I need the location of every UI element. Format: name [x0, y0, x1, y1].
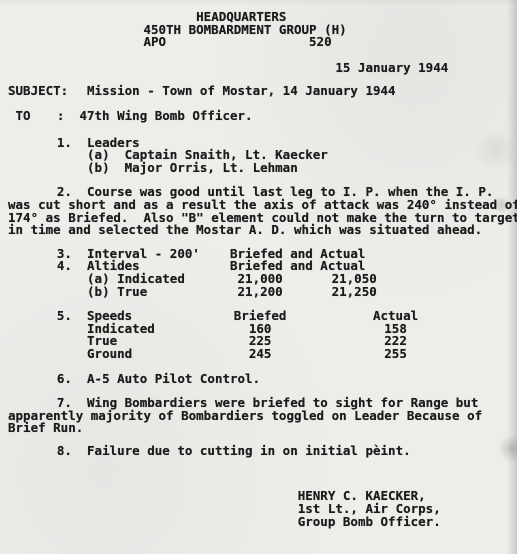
speed-row-ground: Ground 245 255 [8, 346, 517, 359]
item-2-line4-row: in time and selected the Mostar A. D. wh… [8, 222, 517, 235]
item-3-row: 3. Interval - 200' Briefed and Actual [8, 246, 517, 259]
to-label: TO [16, 108, 31, 123]
item-8-number: 8. [57, 443, 72, 458]
item-1-title-row: 1. Leaders [8, 135, 517, 148]
date-line: 15 January 1944 [8, 60, 517, 73]
memo-document: HEADQUARTERS 450TH BOMBARDMENT GROUP (H)… [0, 0, 517, 554]
signature-title-row: Group Bomb Officer. [8, 514, 517, 527]
item-7-line1-row: 7. Wing Bombardiers were briefed to sigh… [8, 395, 517, 408]
speed-ground-briefed: 245 [249, 346, 272, 361]
letterhead-line1: HEADQUARTERS [8, 9, 517, 22]
to-value: 47th Wing Bomb Officer. [79, 108, 252, 123]
altitude-true-actual: 21,250 [332, 284, 377, 299]
leaders-sub-a-row: (a) Captain Snaith, Lt. Kaecker [8, 147, 517, 160]
item-7-line3: Brief Run. [8, 420, 83, 435]
item-8-row: 8. Failure due to cutting in on initial … [8, 443, 517, 456]
subject-line: SUBJECT: Mission - Town of Mostar, 14 Ja… [8, 83, 517, 96]
speeds-header-row: 5. Speeds Briefed Actual [8, 308, 517, 321]
item-7-line3-row: Brief Run. [8, 420, 517, 433]
item-2-line3-row: 174° as Briefed. Also "B" element could … [8, 210, 517, 223]
to-colon: : [57, 108, 65, 123]
speed-ground-actual: 255 [384, 346, 407, 361]
apo-number: 520 [309, 34, 332, 49]
item-6-row: 6. A-5 Auto Pilot Control. [8, 371, 517, 384]
speed-row-true: True 225 222 [8, 333, 517, 346]
letterhead-line2: 450TH BOMBARDMENT GROUP (H) [8, 22, 517, 35]
item-7-line2-row: apparently majority of Bombardiers toggl… [8, 408, 517, 421]
leaders-sub-b: (b) Major Orris, Lt. Lehman [87, 160, 298, 175]
leaders-sub-b-row: (b) Major Orris, Lt. Lehman [8, 160, 517, 173]
signature-rank-row: 1st Lt., Air Corps, [8, 501, 517, 514]
subject-value: Mission - Town of Mostar, 14 January 194… [87, 83, 396, 98]
letterhead-apo-line: APO 520 [8, 34, 517, 47]
to-line: TO : 47th Wing Bomb Officer. [8, 108, 517, 121]
date-text: 15 January 1944 [335, 60, 448, 75]
signature-name-row: HENRY C. KAECKER, [8, 488, 517, 501]
item-4-header-row: 4. Altides Briefed and Actual [8, 258, 517, 271]
item-6-text: A-5 Auto Pilot Control. [87, 371, 260, 386]
speed-ground-label: Ground [87, 346, 132, 361]
item-6-number: 6. [57, 371, 72, 386]
altitude-row-true: (b) True 21,200 21,250 [8, 284, 517, 297]
altitude-row-indicated: (a) Indicated 21,000 21,050 [8, 271, 517, 284]
item-2-line2-row: was cut short and as a result the axis o… [8, 197, 517, 210]
item-2-line4: in time and selected the Mostar A. D. wh… [8, 222, 482, 237]
item-8-text: Failure due to cutting in on initial pèi… [87, 443, 411, 458]
signature-title: Group Bomb Officer. [298, 514, 441, 529]
altitude-true-briefed: 21,200 [238, 284, 283, 299]
item-2-line1-row: 2. Course was good until last leg to I. … [8, 184, 517, 197]
speed-row-indicated: Indicated 160 158 [8, 321, 517, 334]
altitude-true-label: (b) True [87, 284, 147, 299]
subject-label: SUBJECT: [8, 83, 68, 98]
apo-label: APO [143, 34, 166, 49]
